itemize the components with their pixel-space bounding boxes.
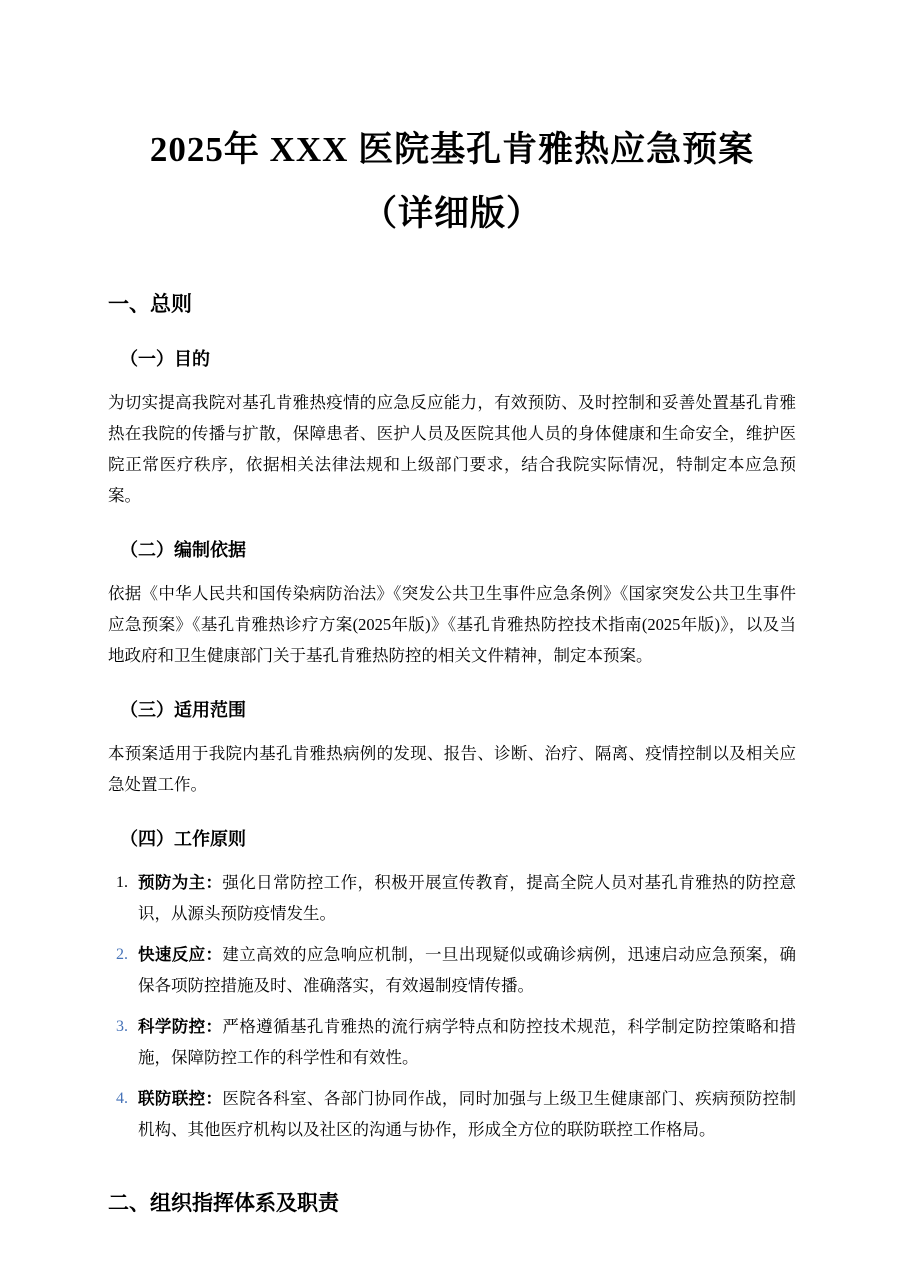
paragraph-purpose: 为切实提高我院对基孔肯雅热疫情的应急反应能力，有效预防、及时控制和妥善处置基孔肯… — [108, 387, 796, 511]
heading-principles: （四）工作原则 — [120, 826, 796, 853]
heading-scope: （三）适用范围 — [120, 697, 796, 724]
heading-section-1-general: 一、总则 — [108, 288, 796, 320]
list-item-body: 医院各科室、各部门协同作战，同时加强与上级卫生健康部门、疾病预防控制机构、其他医… — [138, 1089, 796, 1139]
paragraph-scope: 本预案适用于我院内基孔肯雅热病例的发现、报告、诊断、治疗、隔离、疫情控制以及相关… — [108, 738, 796, 800]
heading-purpose: （一）目的 — [120, 346, 796, 373]
list-item-text: 快速反应：建立高效的应急响应机制，一旦出现疑似或确诊病例，迅速启动应急预案，确保… — [138, 939, 796, 1001]
list-item-term: 科学防控： — [138, 1017, 222, 1036]
heading-basis: （二）编制依据 — [120, 537, 796, 564]
list-item: 2. 快速反应：建立高效的应急响应机制，一旦出现疑似或确诊病例，迅速启动应急预案… — [108, 939, 796, 1001]
document-title-line1: 2025年 XXX 医院基孔肯雅热应急预案 — [108, 118, 796, 182]
list-item-body: 严格遵循基孔肯雅热的流行病学特点和防控技术规范，科学制定防控策略和措施，保障防控… — [138, 1017, 796, 1067]
list-item: 4. 联防联控：医院各科室、各部门协同作战，同时加强与上级卫生健康部门、疾病预防… — [108, 1083, 796, 1145]
list-item: 3. 科学防控：严格遵循基孔肯雅热的流行病学特点和防控技术规范，科学制定防控策略… — [108, 1011, 796, 1073]
document-content: 2025年 XXX 医院基孔肯雅热应急预案 （详细版） 一、总则 （一）目的 为… — [0, 118, 906, 1219]
list-item-body: 强化日常防控工作，积极开展宣传教育，提高全院人员对基孔肯雅热的防控意识，从源头预… — [138, 873, 796, 923]
document-title-line2: （详细版） — [108, 182, 796, 246]
list-item-body: 建立高效的应急响应机制，一旦出现疑似或确诊病例，迅速启动应急预案，确保各项防控措… — [138, 945, 796, 995]
paragraph-basis: 依据《中华人民共和国传染病防治法》《突发公共卫生事件应急条例》《国家突发公共卫生… — [108, 578, 796, 671]
list-item-text: 科学防控：严格遵循基孔肯雅热的流行病学特点和防控技术规范，科学制定防控策略和措施… — [138, 1011, 796, 1073]
list-item-term: 快速反应： — [138, 945, 222, 964]
document-page: 2025年 XXX 医院基孔肯雅热应急预案 （详细版） 一、总则 （一）目的 为… — [0, 0, 906, 1284]
list-item-number: 3. — [108, 1011, 128, 1042]
list-item-number: 4. — [108, 1083, 128, 1114]
document-title: 2025年 XXX 医院基孔肯雅热应急预案 （详细版） — [108, 118, 796, 246]
list-item-text: 预防为主：强化日常防控工作，积极开展宣传教育，提高全院人员对基孔肯雅热的防控意识… — [138, 867, 796, 929]
work-principles-list: 1. 预防为主：强化日常防控工作，积极开展宣传教育，提高全院人员对基孔肯雅热的防… — [108, 867, 796, 1145]
list-item-number: 2. — [108, 939, 128, 970]
list-item-term: 联防联控： — [138, 1089, 222, 1108]
list-item-text: 联防联控：医院各科室、各部门协同作战，同时加强与上级卫生健康部门、疾病预防控制机… — [138, 1083, 796, 1145]
list-item: 1. 预防为主：强化日常防控工作，积极开展宣传教育，提高全院人员对基孔肯雅热的防… — [108, 867, 796, 929]
heading-section-2-organization: 二、组织指挥体系及职责 — [108, 1187, 796, 1219]
list-item-term: 预防为主： — [138, 873, 222, 892]
list-item-number: 1. — [108, 867, 128, 898]
